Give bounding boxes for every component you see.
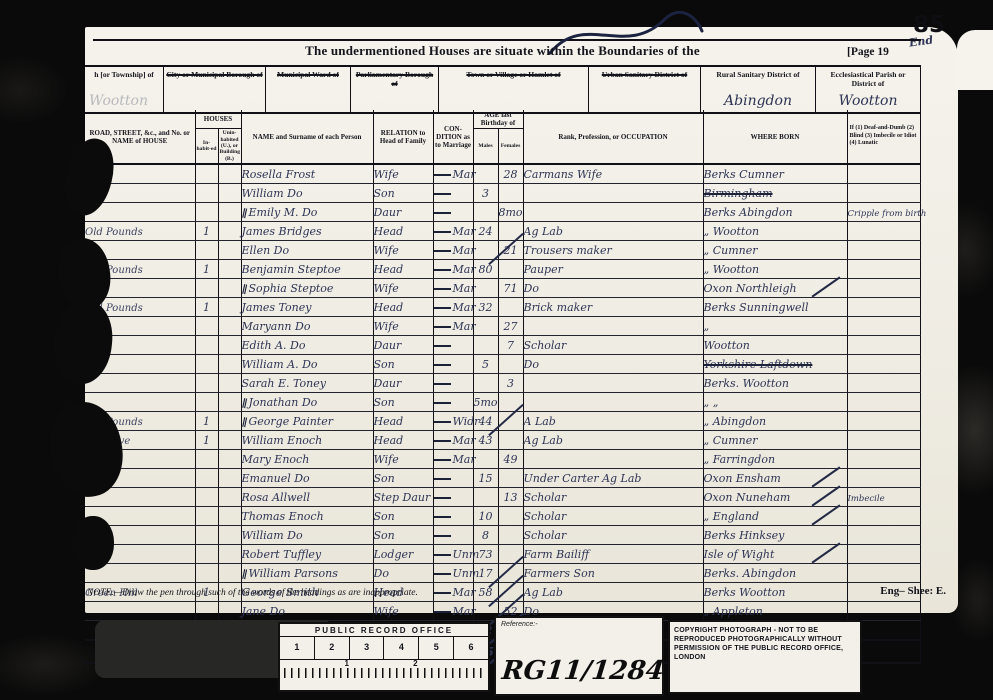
cell-name: Sarah E. Toney [241, 374, 373, 393]
admin-col-5: Urban Sanitary District of [588, 67, 700, 112]
cell-age-male: 8 [473, 526, 498, 545]
cell-infirmity [847, 431, 920, 450]
cell-relation: Lodger [373, 545, 433, 564]
person-row: Sarah E. ToneyDaur3Berks. Wootton [85, 374, 920, 393]
cell-inhabited: 1 [195, 260, 218, 279]
col-age: AGE last Birthday of [473, 110, 523, 129]
admin-col-3: Parliamentary Borough of [350, 67, 438, 112]
cell-occupation: Carmans Wife [523, 164, 703, 184]
cell-condition: Mar [433, 260, 473, 279]
admin-col-1: City or Municipal Borough of [163, 67, 265, 112]
cell-age-female [498, 431, 523, 450]
admin-col-4: Town or Village or Hamlet of [438, 67, 588, 112]
cell-occupation: Brick maker [523, 298, 703, 317]
census-table: ROAD, STREET, &c., and No. or NAME of HO… [85, 110, 921, 664]
cell-where-born: Berks Sunningwell [703, 298, 847, 317]
cell-name: Emanuel Do [241, 469, 373, 488]
col-houses: HOUSES [195, 110, 241, 129]
cell-uninhabited [218, 203, 241, 222]
cell-uninhabited [218, 298, 241, 317]
cell-where-born: Berks Abingdon [703, 203, 847, 222]
cell-age-male [473, 203, 498, 222]
cell-uninhabited [218, 393, 241, 412]
cell-infirmity [847, 526, 920, 545]
cell-inhabited [195, 241, 218, 260]
cell-condition [433, 469, 473, 488]
cell-inhabited [195, 488, 218, 507]
cell-relation: Head [373, 260, 433, 279]
pro-ruler-stamp: PUBLIC RECORD OFFICE 123456 1 2 [278, 622, 490, 692]
cell-uninhabited [218, 450, 241, 469]
census-photograph: 85 End The undermentioned Houses are sit… [0, 0, 993, 700]
person-row: Old Pounds1James ToneyHeadMar32Brick mak… [85, 298, 920, 317]
cell-occupation: A Lab [523, 412, 703, 431]
inch-number: 6 [454, 637, 488, 659]
cm-label-2: 2 [413, 659, 417, 668]
cell-uninhabited [218, 545, 241, 564]
cell-age-male: 80 [473, 260, 498, 279]
cell-where-born: „ Wootton [703, 222, 847, 241]
cell-inhabited: 1 [195, 431, 218, 450]
cell-where-born: Yorkshire Laftdown [703, 355, 847, 374]
cell-occupation [523, 184, 703, 203]
cell-condition: Mar [433, 241, 473, 260]
cell-condition: Mar [433, 222, 473, 241]
cell-condition: Mar [433, 298, 473, 317]
cell-uninhabited [218, 374, 241, 393]
cell-relation: Wife [373, 279, 433, 298]
cell-where-born: Berks. Abingdon [703, 564, 847, 583]
cell-condition: Mar [433, 279, 473, 298]
cell-where-born: „ Appleton [703, 602, 847, 621]
cell-relation: Son [373, 469, 433, 488]
cm-label-1: 1 [344, 659, 348, 668]
admin-col-label: Ecclesiastical Parish or District of [816, 70, 920, 88]
cell-relation: Head [373, 431, 433, 450]
cell-age-female [498, 184, 523, 203]
cell-age-female: 21 [498, 241, 523, 260]
cell-occupation: Ag Lab [523, 222, 703, 241]
col-condition: CON-DITION as to Marriage [433, 110, 473, 164]
paper-corner [957, 30, 993, 90]
cell-infirmity [847, 564, 920, 583]
cell-occupation: Scholar [523, 488, 703, 507]
cell-age-female [498, 526, 523, 545]
cell-age-female [498, 412, 523, 431]
cell-occupation: Trousers maker [523, 241, 703, 260]
person-row: Rosa AllwellStep Daur13ScholarOxon Nuneh… [85, 488, 920, 507]
cell-occupation [523, 203, 703, 222]
admin-col-label: h [or Township] of [85, 70, 163, 79]
cell-condition: Mar [433, 450, 473, 469]
person-row: Thomas EnochSon10Scholar„ England [85, 507, 920, 526]
cell-name: ∥George Painter [241, 412, 373, 431]
cell-condition: Mar [433, 602, 473, 621]
admin-col-0: h [or Township] ofWootton [85, 67, 163, 112]
cell-infirmity [847, 412, 920, 431]
cell-condition [433, 355, 473, 374]
column-headers: ROAD, STREET, &c., and No. or NAME of HO… [85, 110, 920, 164]
inch-number: 4 [384, 637, 419, 659]
cell-relation: Wife [373, 602, 433, 621]
cell-age-male [473, 374, 498, 393]
boundary-title: The undermentioned Houses are situate wi… [85, 43, 920, 59]
ruler-inches: 123456 [280, 637, 488, 660]
cell-age-male: 5mo [473, 393, 498, 412]
col-inhabited: In-habit-ed [195, 129, 218, 165]
person-row: Old Pounds1∥George PainterHeadWidr44A La… [85, 412, 920, 431]
cell-where-born: „ Wootton [703, 260, 847, 279]
cell-infirmity [847, 241, 920, 260]
person-row: Blagrove1William EnochHeadMar43Ag Lab„ C… [85, 431, 920, 450]
cell-occupation: Under Carter Ag Lab [523, 469, 703, 488]
cell-where-born: „ Cumner [703, 241, 847, 260]
cell-infirmity [847, 507, 920, 526]
person-row: Old Pounds1Benjamin SteptoeHeadMar80Paup… [85, 260, 920, 279]
cell-infirmity: Imbecile [847, 488, 920, 507]
cell-uninhabited [218, 164, 241, 184]
cell-condition [433, 184, 473, 203]
col-born: WHERE BORN [703, 110, 847, 164]
cell-age-female: 13 [498, 488, 523, 507]
cell-condition [433, 374, 473, 393]
cell-condition: Mar [433, 317, 473, 336]
cell-uninhabited [218, 317, 241, 336]
cell-inhabited [195, 507, 218, 526]
cell-age-male: 10 [473, 507, 498, 526]
col-females: Females [498, 129, 523, 165]
cell-relation: Step Daur [373, 488, 433, 507]
cell-uninhabited [218, 279, 241, 298]
person-row: Edith A. DoDaur7ScholarWootton [85, 336, 920, 355]
cell-uninhabited [218, 260, 241, 279]
cell-uninhabited [218, 412, 241, 431]
cell-condition [433, 488, 473, 507]
cell-condition: Widr [433, 412, 473, 431]
person-row: Mary EnochWifeMar49„ Farringdon [85, 450, 920, 469]
cell-name: ∥Jonathan Do [241, 393, 373, 412]
cell-condition [433, 507, 473, 526]
col-relation: RELATION to Head of Family [373, 110, 433, 164]
cell-infirmity [847, 336, 920, 355]
census-rows: Rosella FrostWifeMar28Carmans WifeBerks … [85, 164, 920, 640]
cell-where-born: Berks. Wootton [703, 374, 847, 393]
cell-name: William Do [241, 184, 373, 203]
person-row: William DoSon8ScholarBerks Hinksey [85, 526, 920, 545]
cell-infirmity [847, 374, 920, 393]
cell-relation: Wife [373, 450, 433, 469]
census-sheet: 85 End The undermentioned Houses are sit… [85, 27, 958, 613]
cell-occupation [523, 450, 703, 469]
cell-inhabited [195, 336, 218, 355]
cell-relation: Head [373, 412, 433, 431]
cell-infirmity [847, 393, 920, 412]
cell-inhabited [195, 545, 218, 564]
cell-infirmity [847, 222, 920, 241]
cell-relation: Head [373, 222, 433, 241]
cell-name: Rosa Allwell [241, 488, 373, 507]
cell-age-male [473, 164, 498, 184]
cell-relation: Wife [373, 317, 433, 336]
cell-occupation: Pauper [523, 260, 703, 279]
cell-age-female: 7 [498, 336, 523, 355]
cell-infirmity [847, 298, 920, 317]
cell-uninhabited [218, 602, 241, 621]
person-row: Emanuel DoSon15Under Carter Ag LabOxon E… [85, 469, 920, 488]
cell-name: Mary Enoch [241, 450, 373, 469]
cell-inhabited [195, 450, 218, 469]
cell-age-female: 49 [498, 450, 523, 469]
cell-inhabited [195, 602, 218, 621]
cell-inhabited [195, 184, 218, 203]
cell-name: Rosella Frost [241, 164, 373, 184]
inch-number: 1 [280, 637, 315, 659]
inch-number: 3 [350, 637, 385, 659]
cell-relation: Son [373, 355, 433, 374]
cell-condition: Unm [433, 545, 473, 564]
cell-name: ∥Emily M. Do [241, 203, 373, 222]
cell-age-female [498, 355, 523, 374]
cell-condition [433, 203, 473, 222]
cell-name: Thomas Enoch [241, 507, 373, 526]
col-males: Males [473, 129, 498, 165]
cell-inhabited [195, 469, 218, 488]
cell-inhabited: 1 [195, 412, 218, 431]
cell-infirmity [847, 184, 920, 203]
cell-where-born: Berks Hinksey [703, 526, 847, 545]
cell-where-born: Birmingham [703, 184, 847, 203]
cell-age-female: 3 [498, 374, 523, 393]
cell-inhabited [195, 374, 218, 393]
cell-name: ∥Sophia Steptoe [241, 279, 373, 298]
cell-age-male: 15 [473, 469, 498, 488]
cell-occupation: Farm Bailiff [523, 545, 703, 564]
person-row: Rosella FrostWifeMar28Carmans WifeBerks … [85, 164, 920, 184]
cell-occupation [523, 374, 703, 393]
cell-name: William Do [241, 526, 373, 545]
admin-col-label: Municipal Ward of [266, 70, 350, 79]
cell-road [85, 602, 195, 621]
cell-age-female: 8mo [498, 203, 523, 222]
cell-occupation: Scholar [523, 526, 703, 545]
person-row: William A. DoSon5DoYorkshire Laftdown [85, 355, 920, 374]
cell-inhabited [195, 355, 218, 374]
cell-age-male [473, 279, 498, 298]
inch-number: 2 [315, 637, 350, 659]
reference-label: Reference:- [501, 621, 538, 628]
cell-condition [433, 393, 473, 412]
admin-col-6: Rural Sanitary District ofAbingdon [700, 67, 815, 112]
cell-uninhabited [218, 222, 241, 241]
photo-blemish [72, 516, 114, 570]
cell-relation: Son [373, 184, 433, 203]
col-occupation: Rank, Profession, or OCCUPATION [523, 110, 703, 164]
cell-relation: Wife [373, 164, 433, 184]
cell-uninhabited [218, 469, 241, 488]
cell-occupation: Ag Lab [523, 431, 703, 450]
cell-infirmity [847, 260, 920, 279]
ruler-cm: 1 2 [280, 660, 488, 680]
cell-where-born: „ Abingdon [703, 412, 847, 431]
cell-road: Old Pounds [85, 222, 195, 241]
col-uninhabited: Unin-habited (U.), or Building (B.) [218, 129, 241, 165]
cell-relation: Wife [373, 241, 433, 260]
cell-relation: Do [373, 564, 433, 583]
cell-where-born: „ England [703, 507, 847, 526]
cell-relation: Head [373, 298, 433, 317]
cell-where-born: Wootton [703, 336, 847, 355]
cell-relation: Daur [373, 374, 433, 393]
cell-uninhabited [218, 564, 241, 583]
cell-where-born: „ „ [703, 393, 847, 412]
cell-infirmity: Cripple from birth [847, 203, 920, 222]
cell-age-male [473, 336, 498, 355]
cell-relation: Son [373, 526, 433, 545]
person-row: ∥Jonathan DoSon5mo„ „ [85, 393, 920, 412]
cell-inhabited: 1 [195, 298, 218, 317]
person-row: Maryann DoWifeMar27„ [85, 317, 920, 336]
cell-name: Maryann Do [241, 317, 373, 336]
cell-inhabited [195, 526, 218, 545]
reference-number: RG11/1284 [500, 656, 665, 686]
admin-col-value: Abingdon [701, 93, 815, 110]
cell-inhabited [195, 564, 218, 583]
admin-header-row: h [or Township] ofWoottonCity or Municip… [85, 65, 921, 114]
cell-where-born: Oxon Ensham [703, 469, 847, 488]
cell-occupation: Do [523, 355, 703, 374]
cell-uninhabited [218, 526, 241, 545]
copyright-stamp: COPYRIGHT PHOTOGRAPH - NOT TO BE REPRODU… [668, 620, 862, 694]
cell-uninhabited [218, 507, 241, 526]
cell-occupation: Scholar [523, 507, 703, 526]
cell-infirmity [847, 450, 920, 469]
inch-number: 5 [419, 637, 454, 659]
person-row: ∥Emily M. DoDaur8moBerks AbingdonCripple… [85, 203, 920, 222]
cell-inhabited [195, 203, 218, 222]
cell-name: William A. Do [241, 355, 373, 374]
person-row: William DoSon3Birmingham [85, 184, 920, 203]
cell-age-male: 32 [473, 298, 498, 317]
admin-col-7: Ecclesiastical Parish or District ofWoot… [815, 67, 920, 112]
cell-age-male: 73 [473, 545, 498, 564]
cell-uninhabited [218, 355, 241, 374]
cell-condition [433, 526, 473, 545]
cell-age-male [473, 317, 498, 336]
cell-uninhabited [218, 241, 241, 260]
cell-age-male [473, 488, 498, 507]
copyright-text: COPYRIGHT PHOTOGRAPH - NOT TO BE REPRODU… [674, 626, 856, 662]
cell-occupation [523, 393, 703, 412]
page-number-label: [Page 19 [847, 46, 889, 58]
cell-occupation [523, 317, 703, 336]
cell-name: Benjamin Steptoe [241, 260, 373, 279]
cell-road [85, 203, 195, 222]
cell-infirmity [847, 545, 920, 564]
cell-age-female [498, 507, 523, 526]
cell-condition: Mar [433, 164, 473, 184]
cell-occupation: Scholar [523, 336, 703, 355]
cell-name: Robert Tuffley [241, 545, 373, 564]
cell-where-born: „ Farringdon [703, 450, 847, 469]
cell-condition: Mar [433, 431, 473, 450]
cell-infirmity [847, 279, 920, 298]
cell-infirmity [847, 164, 920, 184]
admin-col-value: Wootton [816, 93, 920, 110]
cell-infirmity [847, 355, 920, 374]
cell-age-male: 24 [473, 222, 498, 241]
cell-name: ∥William Parsons [241, 564, 373, 583]
cell-occupation: Farmers Son [523, 564, 703, 583]
person-row: Old Pounds1James BridgesHeadMar24Ag Lab„… [85, 222, 920, 241]
person-row: Robert TuffleyLodgerUnm73Farm BailiffIsl… [85, 545, 920, 564]
admin-col-2: Municipal Ward of [265, 67, 350, 112]
sheet-reference: Eng– Shee: E. [880, 585, 946, 597]
cell-where-born: Isle of Wight [703, 545, 847, 564]
cell-name: James Bridges [241, 222, 373, 241]
cell-age-male: 3 [473, 184, 498, 203]
person-row: ∥William ParsonsDoUnm17Farmers SonBerks.… [85, 564, 920, 583]
cell-road [85, 374, 195, 393]
person-row: Ellen DoWifeMar21Trousers maker„ Cumner [85, 241, 920, 260]
cell-inhabited [195, 393, 218, 412]
admin-col-label: Town or Village or Hamlet of [439, 70, 588, 79]
admin-col-label: City or Municipal Borough of [164, 70, 265, 79]
cell-age-female [498, 298, 523, 317]
cell-age-female: 27 [498, 317, 523, 336]
cell-relation: Daur [373, 203, 433, 222]
admin-col-value: Wootton [85, 93, 163, 110]
col-name: NAME and Surname of each Person [241, 110, 373, 164]
cell-inhabited [195, 279, 218, 298]
cell-uninhabited [218, 184, 241, 203]
cell-name: Jane Do [241, 602, 373, 621]
cell-condition: Unm [433, 564, 473, 583]
cell-age-female [498, 469, 523, 488]
cell-relation: Daur [373, 336, 433, 355]
cell-age-female: 28 [498, 164, 523, 184]
cell-inhabited [195, 164, 218, 184]
cell-condition [433, 336, 473, 355]
cell-name: William Enoch [241, 431, 373, 450]
pro-office-label: PUBLIC RECORD OFFICE [280, 624, 488, 637]
cell-name: Edith A. Do [241, 336, 373, 355]
cell-occupation: Do [523, 279, 703, 298]
admin-col-label: Parliamentary Borough of [351, 70, 438, 88]
cell-uninhabited [218, 488, 241, 507]
cell-age-male: 5 [473, 355, 498, 374]
cell-name: Ellen Do [241, 241, 373, 260]
cell-where-born: „ Cumner [703, 431, 847, 450]
person-row: ∥Sophia SteptoeWifeMar71DoOxon Northleig… [85, 279, 920, 298]
top-rule [93, 39, 921, 41]
cell-inhabited [195, 317, 218, 336]
cell-relation: Son [373, 393, 433, 412]
cell-uninhabited [218, 336, 241, 355]
cell-relation: Son [373, 507, 433, 526]
cell-name: James Toney [241, 298, 373, 317]
cell-age-female: 71 [498, 279, 523, 298]
admin-col-label: Rural Sanitary District of [701, 70, 815, 79]
cell-uninhabited [218, 431, 241, 450]
admin-col-label: Urban Sanitary District of [589, 70, 700, 79]
reference-stamp: Reference:- RG11/1284 [494, 616, 664, 696]
cell-infirmity [847, 602, 920, 621]
ruler-ticks [284, 668, 484, 678]
cell-where-born: „ [703, 317, 847, 336]
footer-note: NOTE.—Draw the pen through such of the w… [87, 588, 920, 598]
cell-infirmity [847, 317, 920, 336]
cell-infirmity [847, 469, 920, 488]
